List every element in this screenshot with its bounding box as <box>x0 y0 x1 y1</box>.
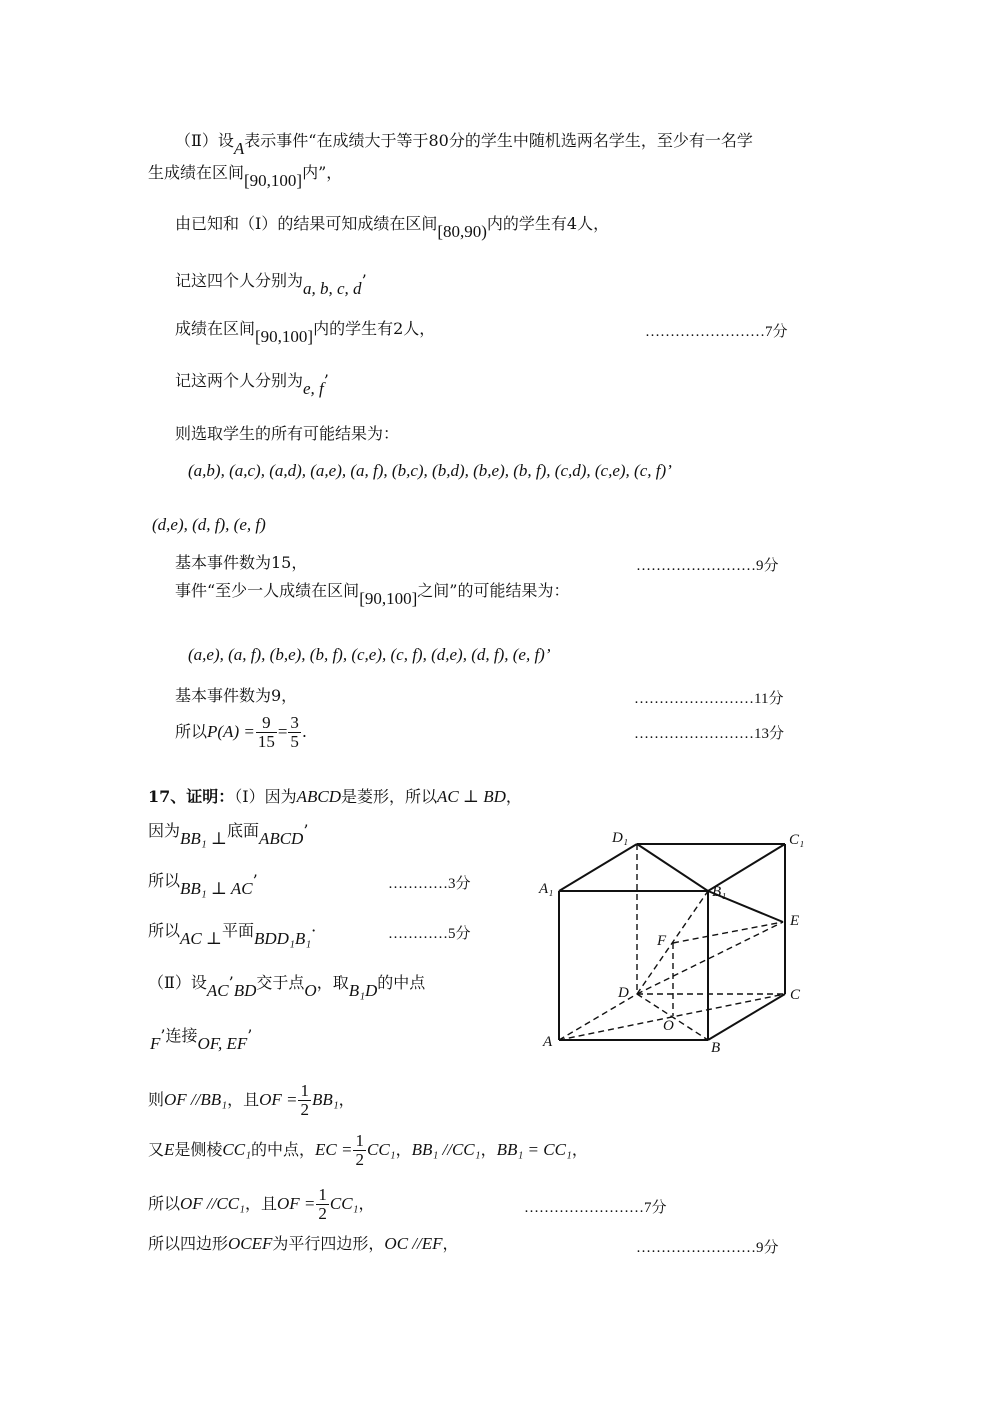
text: 内”， <box>302 163 342 182</box>
math: E <box>164 1140 174 1159</box>
text: （Ⅰ）因为 <box>234 787 296 806</box>
math: OF, EF <box>198 1034 248 1053</box>
event-results: (a,e), (a, f), (b,e), (b, f), (c,e), (c,… <box>188 644 551 666</box>
text: . <box>302 722 307 741</box>
text: ，且 <box>227 1090 259 1109</box>
event-results-label: 事件“至少一人成绩在区间[90,100]之间”的可能结果为： <box>175 580 569 602</box>
math-event-var: A <box>234 139 244 158</box>
text: 的中点 <box>377 973 425 992</box>
math: OC //EF <box>384 1234 442 1253</box>
math: ABCD <box>259 829 303 848</box>
denominator: 5 <box>288 733 301 751</box>
math: F <box>150 1034 160 1053</box>
numerator: 9 <box>256 714 277 733</box>
text: ， <box>396 1140 412 1159</box>
all-results-line1: (a,b), (a,c), (a,d), (a,e), (a, f), (b,c… <box>188 460 672 482</box>
fraction: 915 <box>256 714 277 751</box>
math-vars: a, b, c, d <box>303 279 362 298</box>
label-d1: D₁ <box>611 830 628 846</box>
text: 连接 <box>165 1026 197 1045</box>
math: OF //CC₁ <box>180 1194 245 1213</box>
math: CC₁ <box>367 1140 396 1159</box>
fraction: 12 <box>298 1082 311 1119</box>
text: 所以 <box>175 722 207 741</box>
all-results-line2: (d,e), (d, f), (e, f) <box>152 514 266 536</box>
score-mark: ……………………7分 <box>524 1196 667 1217</box>
math: CC₁ <box>222 1140 251 1159</box>
text: 内的学生有2人， <box>313 319 435 338</box>
part2-intro-line2: 生成绩在区间[90,100]内”， <box>148 162 342 184</box>
q17-line7: 则OF //BB₁，且OF =12BB₁， <box>148 1080 355 1120</box>
label-a: A <box>542 1034 553 1050</box>
text: ， <box>339 1090 355 1109</box>
text: 又 <box>148 1140 164 1159</box>
text: 底面 <box>227 821 259 840</box>
label-d: D <box>617 985 629 1001</box>
math: OCEF <box>228 1234 272 1253</box>
text: ’ <box>362 271 367 290</box>
math-vars: e, f <box>303 379 324 398</box>
numerator: 1 <box>353 1132 366 1151</box>
text: ’ <box>229 973 234 992</box>
fraction: 12 <box>316 1186 329 1223</box>
score-mark: ……………………9分 <box>636 554 779 575</box>
text: 内的学生有4人， <box>487 214 609 233</box>
text: 交于点 <box>256 973 304 992</box>
two-people-count-line: 成绩在区间[90,100]内的学生有2人， <box>175 318 435 340</box>
score-mark: …………3分 <box>388 872 471 893</box>
text: 是菱形，所以 <box>341 787 437 806</box>
prism-diagram: D₁ C₁ A₁ B₁ E F D C O A B <box>520 820 820 1060</box>
math: BB₁ ⊥ AC <box>180 879 253 898</box>
label-e: E <box>789 913 799 929</box>
numerator: 1 <box>316 1186 329 1205</box>
two-people-line: 记这两个人分别为e, f’ <box>175 370 329 392</box>
text: 所以 <box>148 871 180 890</box>
math: AC <box>207 981 229 1000</box>
math-interval: [90,100] <box>255 327 313 346</box>
label-o: O <box>663 1018 674 1034</box>
text: （Ⅱ）设 <box>148 973 207 992</box>
numerator: 1 <box>298 1082 311 1101</box>
known-line: 由已知和（Ⅰ）的结果可知成绩在区间[80,90)内的学生有4人， <box>175 213 609 235</box>
denominator: 2 <box>298 1101 311 1119</box>
text: 记这四个人分别为 <box>175 271 303 290</box>
q17-line4: 所以AC ⊥平面BDD₁B₁· <box>148 920 316 942</box>
math: O <box>304 981 316 1000</box>
math: BB₁ //CC₁ <box>412 1140 481 1159</box>
text: ， <box>358 1194 374 1213</box>
math: OF = <box>277 1194 315 1213</box>
text: 则 <box>148 1090 164 1109</box>
text: ’ <box>253 871 258 890</box>
math: BB₁ <box>312 1090 339 1109</box>
q17-line9: 所以OF //CC₁，且OF =12CC₁， <box>148 1184 374 1224</box>
fraction: 12 <box>353 1132 366 1169</box>
score-mark: ……………………13分 <box>634 722 784 743</box>
math: BB₁ = CC₁ <box>497 1140 572 1159</box>
equals: = <box>278 722 288 741</box>
text: ’ <box>324 371 329 390</box>
q17-line6: F’连接OF, EF’ <box>150 1025 252 1047</box>
text: 所以四边形 <box>148 1234 228 1253</box>
label-c: C <box>790 987 801 1003</box>
label-a1: A₁ <box>538 881 553 897</box>
text: 由已知和（Ⅰ）的结果可知成绩在区间 <box>175 214 437 233</box>
math-interval: [80,90) <box>437 222 487 241</box>
text: 因为 <box>148 821 180 840</box>
text: ， <box>506 787 522 806</box>
math: AC ⊥ BD <box>437 787 506 806</box>
math: ABCD <box>297 787 341 806</box>
text: 成绩在区间 <box>175 319 255 338</box>
text: 平面 <box>222 921 254 940</box>
text: 事件“至少一人成绩在区间 <box>175 581 359 600</box>
label-b1: B₁ <box>712 884 726 900</box>
q17-line5: （Ⅱ）设AC’BD交于点O，取B₁D的中点 <box>148 972 425 994</box>
text: 所以 <box>148 921 180 940</box>
probability-line: 所以P(A) =915=35. <box>175 712 307 752</box>
q17-line1: 17、证明：（Ⅰ）因为ABCD是菱形，所以AC ⊥ BD， <box>148 786 522 808</box>
text: 为平行四边形， <box>272 1234 384 1253</box>
text: 表示事件“在成绩大于等于80分的学生中随机选两名学生，至少有一名学 <box>244 131 753 150</box>
label-b: B <box>711 1040 720 1056</box>
math: CC₁ <box>330 1194 359 1213</box>
text: 所以 <box>148 1194 180 1213</box>
fraction: 35 <box>288 714 301 751</box>
text: ，取 <box>317 973 349 992</box>
q17-line10: 所以四边形OCEF为平行四边形，OC //EF， <box>148 1233 459 1255</box>
denominator: 2 <box>353 1151 366 1169</box>
math-prob: P(A) = <box>207 722 255 741</box>
q17-line8: 又E是侧棱CC₁的中点，EC =12CC₁，BB₁ //CC₁，BB₁ = CC… <box>148 1130 588 1170</box>
math: BDD₁B₁ <box>254 929 311 948</box>
math-interval: [90,100] <box>244 171 302 190</box>
text: ， <box>481 1140 497 1159</box>
four-people-line: 记这四个人分别为a, b, c, d’ <box>175 270 367 292</box>
score-mark: ……………………7分 <box>645 320 788 341</box>
label-f: F <box>656 933 667 949</box>
math: BB₁ ⊥ <box>180 829 227 848</box>
text: 记这两个人分别为 <box>175 371 303 390</box>
math-interval: [90,100] <box>359 589 417 608</box>
text: （Ⅱ）设 <box>175 131 234 150</box>
text: ’ <box>303 821 308 840</box>
math: BD <box>234 981 257 1000</box>
math: B₁D <box>349 981 378 1000</box>
math: OF //BB₁ <box>164 1090 227 1109</box>
basic-count-9: 基本事件数为9， <box>175 685 297 707</box>
math: OF = <box>259 1090 297 1109</box>
text: 生成绩在区间 <box>148 163 244 182</box>
q17-title: 17、证明： <box>148 787 234 806</box>
math: AC ⊥ <box>180 929 222 948</box>
text: ，且 <box>245 1194 277 1213</box>
math: EC = <box>315 1140 352 1159</box>
basic-count-15: 基本事件数为15， <box>175 552 307 574</box>
score-mark: ……………………9分 <box>636 1236 779 1257</box>
all-results-label: 则选取学生的所有可能结果为： <box>175 423 399 445</box>
q17-line3: 所以BB₁ ⊥ AC’ <box>148 870 258 892</box>
part2-intro-line1: （Ⅱ）设A表示事件“在成绩大于等于80分的学生中随机选两名学生，至少有一名学 <box>175 130 753 152</box>
numerator: 3 <box>288 714 301 733</box>
text: ’ <box>247 1026 252 1045</box>
q17-line2: 因为BB₁ ⊥底面ABCD’ <box>148 820 308 842</box>
denominator: 2 <box>316 1205 329 1223</box>
text: · <box>311 921 316 940</box>
denominator: 15 <box>256 733 277 751</box>
text: 的中点， <box>251 1140 315 1159</box>
score-mark: …………5分 <box>388 922 471 943</box>
text: 是侧棱 <box>174 1140 222 1159</box>
text: ， <box>443 1234 459 1253</box>
label-c1: C₁ <box>789 832 804 848</box>
text: ， <box>572 1140 588 1159</box>
score-mark: ……………………11分 <box>634 687 783 708</box>
text: 之间”的可能结果为： <box>417 581 569 600</box>
